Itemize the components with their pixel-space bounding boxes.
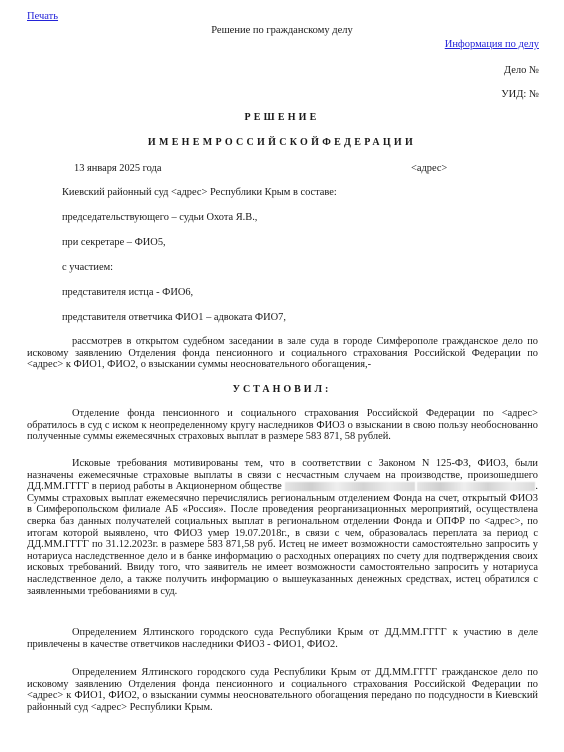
redacted-company-name [285,482,415,491]
court-composition: Киевский районный суд <адрес> Республики… [62,187,337,198]
paragraph-2: Исковые требования мотивированы тем, что… [27,458,538,597]
redacted-company-name-cont [417,482,535,491]
paragraph-3: Определением Ялтинского городского суда … [27,627,538,650]
plaintiff-representative: представителя истца - ФИО6, [62,287,193,298]
presiding-judge: председательствующего – судьи Охота Я.В.… [62,212,257,223]
defendant-representative: представителя ответчика ФИО1 – адвоката … [62,312,286,323]
secretary: при секретаре – ФИО5, [62,237,166,248]
document-title: Решение по гражданскому делу [0,25,564,36]
in-name-heading: ИМЕНЕМРОССИЙСКОЙФЕДЕРАЦИИ [0,137,564,148]
print-link[interactable]: Печать [27,11,58,22]
established-heading: УСТАНОВИЛ: [0,384,564,395]
paragraph-4: Определением Ялтинского городского суда … [27,667,538,713]
paragraph-1: Отделение фонда пенсионного и социальног… [27,408,538,443]
case-number: Дело № [504,65,539,76]
decision-date: 13 января 2025 года [74,163,161,174]
participation-label: с участием: [62,262,113,273]
intro-paragraph: рассмотрев в открытом судебном заседании… [27,336,538,371]
decision-heading: РЕШЕНИЕ [0,112,564,123]
case-info-link[interactable]: Информация по делу [445,39,539,50]
decision-place: <адрес> [411,163,447,174]
uid-number: УИД: № [501,89,539,100]
